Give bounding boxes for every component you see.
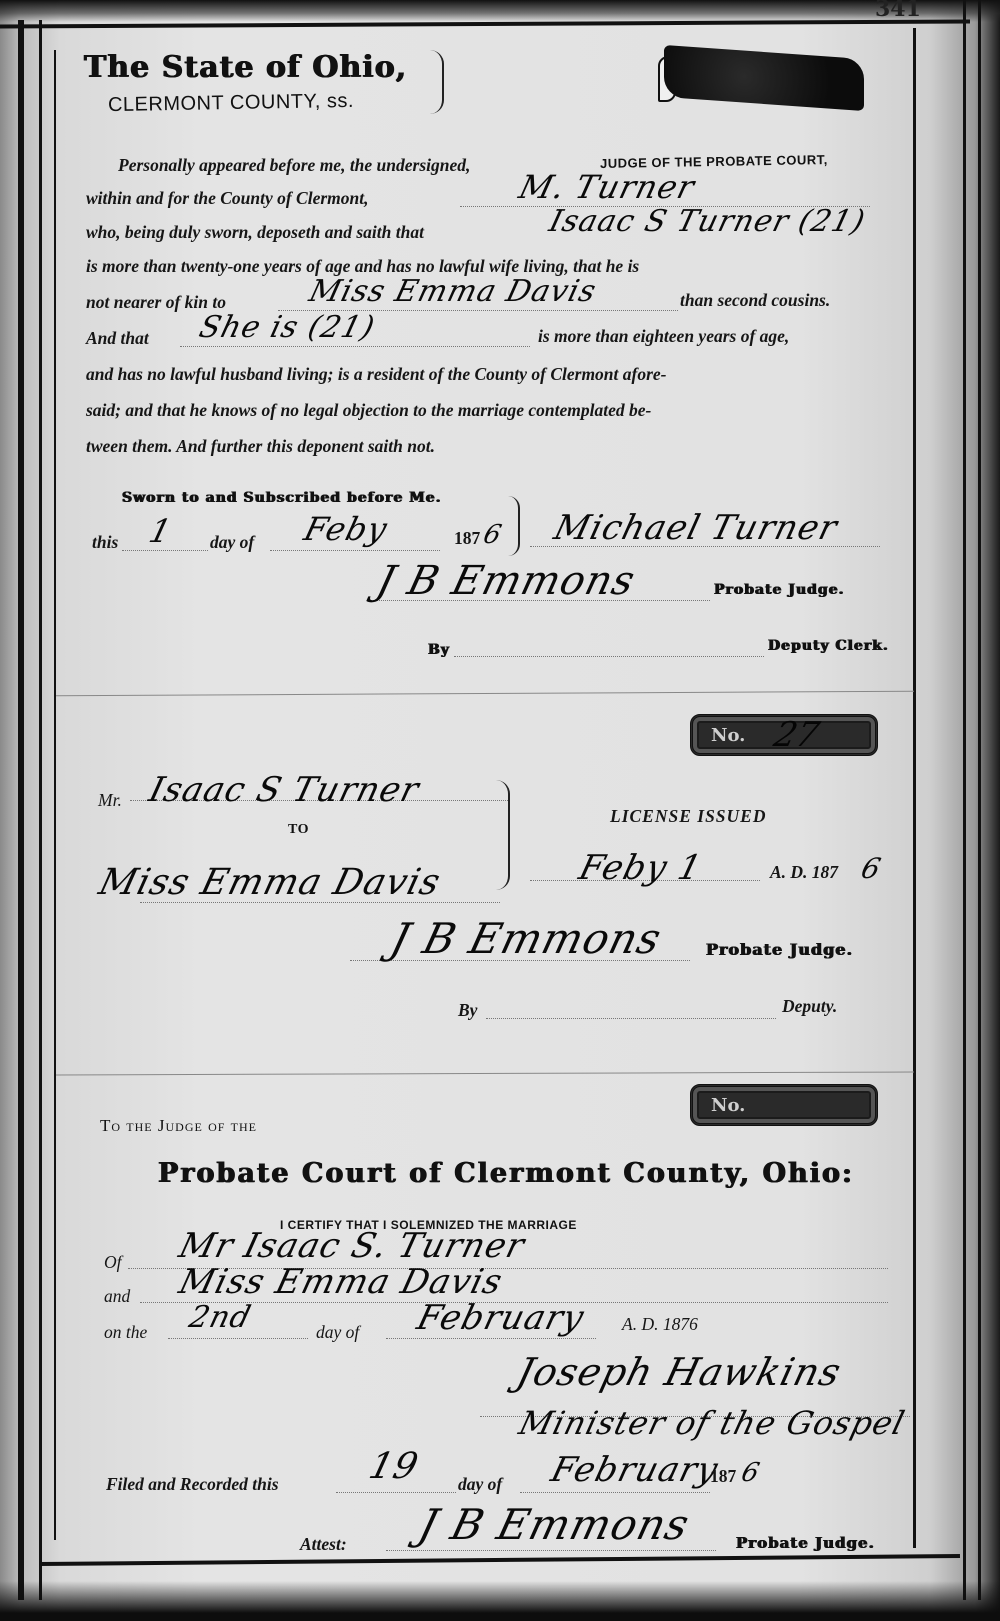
license-number-cartouche: No. 27 bbox=[690, 714, 878, 756]
bride-age-handwritten: She is (21) bbox=[196, 310, 379, 345]
certificate-ad-label: A. D. 1876 bbox=[622, 1314, 698, 1335]
by-label-2: By bbox=[458, 1000, 477, 1021]
county-heading: CLERMONT COUNTY, ss. bbox=[108, 90, 354, 117]
on-the-label: on the bbox=[104, 1322, 147, 1343]
probate-judge-label-2: Probate Judge. bbox=[706, 940, 853, 959]
affidavit-line-9: tween them. And further this deponent sa… bbox=[86, 436, 435, 457]
filed-month-rule bbox=[520, 1492, 710, 1493]
affiant-signature: Michael Turner bbox=[550, 508, 842, 548]
filed-year-handwritten: 6 bbox=[738, 1458, 763, 1488]
affidavit-line-6-post: is more than eighteen years of age, bbox=[538, 326, 789, 347]
by-label-1: By bbox=[428, 642, 450, 658]
court-title: Probate Court of Clermont County, Ohio: bbox=[158, 1158, 854, 1189]
header-brace bbox=[430, 50, 444, 114]
sworn-day-of-label: day of bbox=[210, 532, 254, 553]
section-divider-2 bbox=[56, 1072, 914, 1076]
affidavit-line-2: within and for the County of Clermont, bbox=[86, 188, 369, 209]
filed-month-handwritten: February bbox=[547, 1450, 722, 1490]
of-label: Of bbox=[104, 1252, 122, 1273]
sworn-month-handwritten: Feby bbox=[300, 510, 391, 548]
certificate-month-handwritten: February bbox=[413, 1298, 588, 1338]
sworn-year-printed: 187 bbox=[454, 528, 480, 549]
section-divider-1 bbox=[56, 691, 914, 696]
attest-label: Attest: bbox=[300, 1534, 347, 1555]
deputy-clerk-rule bbox=[454, 656, 764, 657]
officiant-title-handwritten: Minister of the Gospel bbox=[515, 1404, 909, 1442]
groom-prefix: Mr. bbox=[98, 790, 122, 811]
license-year-handwritten: 6 bbox=[858, 852, 885, 885]
state-title: The State of Ohio, bbox=[84, 50, 407, 85]
to-label: TO bbox=[288, 822, 309, 838]
affidavit-line-6-pre: And that bbox=[86, 328, 149, 349]
affidavit-line-3: who, being duly sworn, deposeth and sait… bbox=[86, 222, 424, 243]
probate-judge-label-1: Probate Judge. bbox=[714, 582, 845, 598]
attest-judge-signature: J B Emmons bbox=[414, 1500, 695, 1549]
sworn-month-rule bbox=[270, 550, 440, 551]
probate-judge-label-3: Probate Judge. bbox=[736, 1534, 875, 1552]
license-number-label: No. bbox=[711, 725, 745, 746]
to-judge-label: To the Judge of the bbox=[100, 1116, 257, 1136]
license-number-handwritten: 27 bbox=[770, 715, 823, 755]
left-border bbox=[54, 50, 56, 1540]
binding-line-outer bbox=[18, 20, 24, 1600]
certificate-day-of-label: day of bbox=[316, 1322, 359, 1343]
groom-name-handwritten: Isaac S Turner (21) bbox=[546, 204, 869, 239]
license-issued-label: LICENSE ISSUED bbox=[610, 806, 767, 827]
certificate-number-cartouche: No. bbox=[690, 1084, 878, 1126]
certificate-month-rule bbox=[386, 1338, 596, 1339]
affidavit-line-8: said; and that he knows of no legal obje… bbox=[86, 400, 651, 421]
judge-signature-2: J B Emmons bbox=[386, 914, 667, 963]
officiant-signature: Joseph Hawkins bbox=[513, 1350, 846, 1394]
certificate-day-rule bbox=[168, 1338, 308, 1339]
license-ad-label: A. D. 187 bbox=[770, 862, 838, 883]
sworn-brace bbox=[508, 496, 520, 556]
sworn-day-rule bbox=[122, 550, 208, 551]
certificate-number-label: No. bbox=[711, 1095, 745, 1116]
filed-day-rule bbox=[336, 1492, 456, 1493]
page-number: 341 bbox=[875, 0, 921, 22]
certificate-day-handwritten: 2nd bbox=[186, 1300, 255, 1335]
filed-day-of-label: day of bbox=[458, 1474, 502, 1495]
deputy-clerk-label: Deputy Clerk. bbox=[768, 638, 889, 654]
and-label: and bbox=[104, 1286, 130, 1307]
sworn-year-handwritten: 6 bbox=[480, 520, 505, 550]
page-bottom-shadow bbox=[0, 1581, 1000, 1621]
deputy-rule bbox=[486, 1018, 776, 1019]
filed-day-handwritten: 19 bbox=[365, 1446, 423, 1487]
judge-signature-1: J B Emmons bbox=[372, 558, 640, 604]
license-groom-handwritten: Isaac S Turner bbox=[145, 770, 423, 810]
right-edge-line-1 bbox=[963, 0, 966, 1600]
bride-age-field-rule bbox=[180, 346, 530, 347]
affiant-name-handwritten: M. Turner bbox=[515, 168, 699, 206]
license-date-handwritten: Feby 1 bbox=[575, 848, 706, 888]
license-bride-handwritten: Miss Emma Davis bbox=[95, 862, 445, 903]
affidavit-line-1: Personally appeared before me, the under… bbox=[118, 155, 470, 176]
filed-recorded-label: Filed and Recorded this bbox=[106, 1474, 279, 1495]
sworn-day-handwritten: 1 bbox=[145, 512, 176, 550]
certificate-bride-handwritten: Miss Emma Davis bbox=[175, 1262, 507, 1302]
right-edge-line-2 bbox=[978, 0, 981, 1600]
right-border bbox=[913, 28, 916, 1548]
bottom-border bbox=[40, 1554, 960, 1566]
binding-line-inner bbox=[39, 20, 42, 1600]
affidavit-line-5-post: than second cousins. bbox=[680, 290, 830, 311]
page-top-shadow bbox=[0, 0, 1000, 22]
filed-year-printed: 187 bbox=[710, 1466, 736, 1487]
attest-signature-rule bbox=[386, 1550, 716, 1551]
bride-name-handwritten: Miss Emma Davis bbox=[306, 274, 600, 309]
decorative-ribbon-banner bbox=[664, 45, 864, 111]
sworn-subscribed-label: Sworn to and Subscribed before Me. bbox=[122, 490, 442, 506]
affidavit-line-7: and has no lawful husband living; is a r… bbox=[86, 364, 667, 385]
this-label: this bbox=[92, 532, 118, 553]
certificate-groom-handwritten: Mr Isaac S. Turner bbox=[175, 1226, 529, 1266]
deputy-label: Deputy. bbox=[782, 996, 837, 1017]
document-scan: 341 The State of Ohio, CLERMONT COUNTY, … bbox=[0, 0, 1000, 1621]
license-brace bbox=[496, 780, 510, 890]
